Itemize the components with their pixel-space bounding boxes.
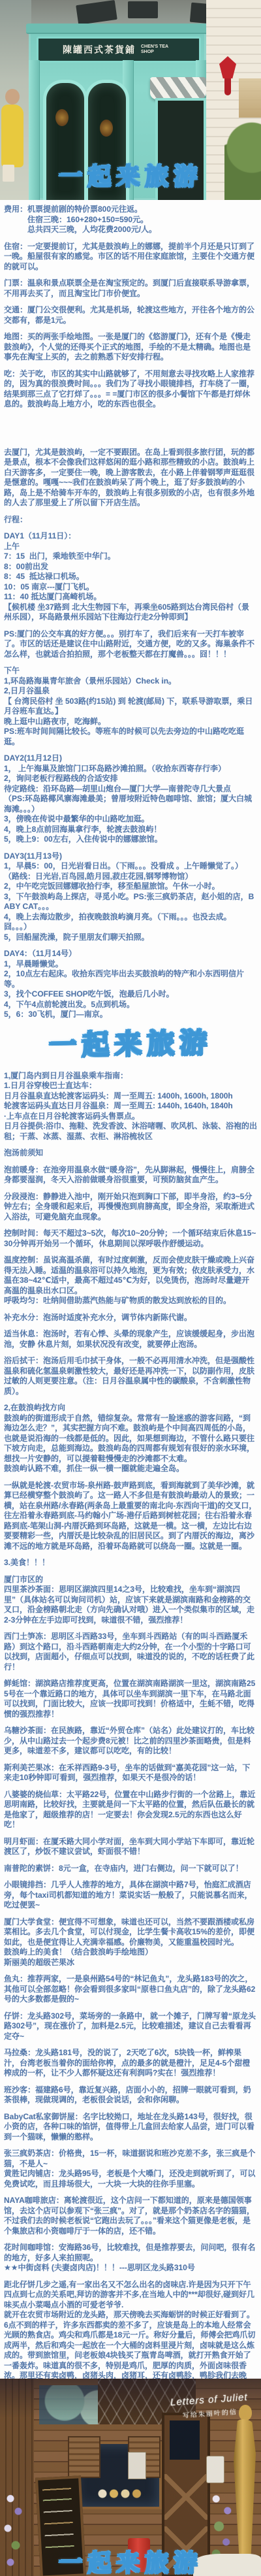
article-paragraph: 鱼丸：推荐两家，一是泉州路54号的“林记鱼丸”，龙头路183号的次之，其他可以全… — [4, 1974, 257, 2005]
article-paragraph: 2,在鼓浪屿找方向 鼓浪屿的街道形成于自然，错综复杂。常常有一脸迷惑的游客问路，… — [4, 1403, 257, 1474]
article-paragraph: BabyCat私家御饼屋：名字比较拗口，地址在龙头路143号，很好找，很小资的店… — [4, 2112, 257, 2143]
article-paragraph: 斯利美芒果冰：在禾祥西路9-3号，坐车的话做到“嘉美花园”这一站，下来走10秒钟… — [4, 1763, 257, 1783]
travel-badge: 一起来旅游 — [4, 1028, 258, 1060]
article-paragraph: 补充水分：泡汤时适度补充水分，调节体内新陈代谢。 — [4, 1313, 257, 1323]
air-conditioner — [76, 0, 117, 25]
shop-sign-chinese: 陳罐西式茶貨鋪 — [63, 43, 136, 56]
article-paragraph: 住宿：一定要提前订，尤其是鼓浪屿上的娜娜，提前半个月还是只订到了一晚。船屋很有家… — [4, 242, 257, 272]
tea-shop-photo: 陳罐西式茶貨鋪 CHEN'S TEA SHOP 一起来旅游 — [0, 0, 261, 200]
striped-awning — [150, 77, 206, 99]
article-paragraph: 西门土笋冻：思明区斗西路33号，坐车到斗西路站（有的叫斗西路厦禾路）到这个路口，… — [4, 1632, 257, 1672]
article-paragraph: 费用：机票提前剧的特价票800元往返。 住宿三晚：160+280+150=590… — [4, 205, 257, 235]
shopfront-cornice — [26, 24, 209, 34]
article-paragraph: 泡前暖身：在池旁用温泉水做“暖身浴”，先从脚淋起，慢慢往上，肩膀全身都要湿润，冬… — [4, 1165, 257, 1185]
article-paragraph: 张三疯奶茶店：价格贵，15一杯，味道据说和班沙克差不多，张三疯是个猫，不是人~ … — [4, 2149, 257, 2189]
article-paragraph: 1,厦门岛内到日月谷温泉乘车指南： 1.日月谷穿梭巴士直达车： 日月谷温泉直达轮… — [4, 1071, 257, 1142]
window-light — [55, 109, 69, 126]
article-paragraph: 仔饼：龙头路302号，菜场旁的一条路中，就一个摊子，门牌写着“原龙头路302号”… — [4, 2011, 257, 2042]
article-paragraph: 厦门市区的 四里茶沙茶面：思明区湖滨四里14之3号，比较难找，坐车到“湖滨四里”… — [4, 1575, 257, 1626]
article-paragraph: 分段浸泡：静静进入池中，刚开始只泡到胸口下部，即半身浴，约3~5分钟左右；全身暖… — [4, 1192, 257, 1223]
article-paragraph: 3.美食！！！ — [4, 1558, 257, 1568]
article-paragraph: NAYA咖啡旅店：离轮渡很近，这个店问一下都知道的，原来是德国领事馆，去这个店可… — [4, 2196, 257, 2236]
article-paragraph: 小眼镜排挡：几乎人人推荐的地方，具体在湖滨中路7号，怡庭汇成酒店旁，每个taxi… — [4, 1880, 257, 1911]
article-paragraph: 适当休息：泡汤时，若有心悸、头晕的现象产生，应该缓缓起身，步出泡池，安静 休息片… — [4, 1329, 257, 1349]
article-paragraph: 行程： — [4, 515, 257, 525]
passerby-yellow-coat — [1, 105, 23, 167]
travel-badge: 一起来旅游 — [0, 165, 261, 188]
travel-badge: 一起来旅游 — [0, 2551, 261, 2575]
article-paragraph: DAY4：（11月14号） 1，早晨睡懒觉。 2，10点左右起床。收拾东西完毕出… — [4, 949, 257, 1020]
air-conditioner — [128, 1, 158, 18]
article-paragraph: DAY3(11月13号) 1，早晨5：00，日光岩看日出。（下雨。。。没看成 。… — [4, 851, 257, 943]
article-paragraph: 门票：温泉和景点联票全是在淘宝预定的。到厦门后直接联系导游拿票，不用再去买了，而… — [4, 278, 257, 299]
door-cross-brace — [164, 2474, 207, 2520]
shop-sign-english: CHEN'S TEA SHOP — [141, 44, 175, 56]
blank-gap — [4, 416, 257, 448]
article-paragraph: 去厦门，尤其是鼓浪屿，一定不要跟团。在岛上看到很多旅行团，玩的都是景点，根本不会… — [4, 448, 257, 508]
article-paragraph: 班沙客：福建路6号，靠近复兴路，店面小小的，招牌一眼就可看到，奶茶很棒，现做现调… — [4, 2085, 257, 2105]
passerby-head — [5, 89, 20, 105]
article-paragraph: 鲜蚝馆：湖滨路店推荐度更高，位置在湖滨南路湖滨一里这，湖滨南路255号在一个靠近… — [4, 1679, 257, 1719]
article-paragraph: 温度控制：虽说高温杀菌，有时过度刺激，反而会使皮肤干燥或晚上兴奋得无法入睡。适温… — [4, 1255, 257, 1306]
article-paragraph: 明月虾面：在厦禾路大同小学对面，坐车到大同小学站下车即可，靠近轮渡区了，炒饭不建… — [4, 1837, 257, 1857]
red-lantern-tail — [224, 78, 231, 95]
window-light — [100, 120, 113, 137]
article-paragraph: DAY1（11月11日）： 上午 7：15 出门，乘地铁至中华门。 8：00前出… — [4, 531, 257, 623]
counter-jars — [98, 2488, 144, 2499]
door-window — [170, 2420, 200, 2460]
article-paragraph: 泡汤前须知 — [4, 1148, 257, 1159]
article-paragraph: 地图：买的两张手绘地图。一张是厦门的《悠游厦门》，还有个是《慢走鼓浪屿》，个人觉… — [4, 332, 257, 363]
menu-card — [128, 2452, 146, 2479]
article-paragraph: DAY2(11月12日) 1， 上午海巢及旅馆门口环岛路沙滩拍照。（收拾东西寄存… — [4, 753, 257, 845]
article-paragraph: 乌糖沙茶面：在民族路，靠近“外贸仓库”（站名）此处建议打的，车比较少，从中山路过… — [4, 1726, 257, 1757]
article-paragraph: 下午 1,环岛路海巢青年旅舍（景州乐园站）Check in。 2,日月谷温泉 【… — [4, 666, 257, 747]
article-paragraph: 控制时间：每天不超过3~5次，每次10~20分钟；一个循环结束后休息15~30分… — [4, 1229, 257, 1249]
article-body: 费用：机票提前剧的特价票800元往返。 住宿三晚：160+280+150=590… — [0, 200, 261, 2379]
article-paragraph: PS:厦门的公交车真的好方便。。。别打车了，我们后来有一天打车被宰了。市区的话还… — [4, 629, 257, 660]
white-mailbox — [206, 2456, 224, 2483]
window-shutter-left — [68, 2436, 100, 2478]
article-paragraph: 一纵就是轮渡-农贸市场-泉州路-鼓声路到底，看到海就到了美华沙滩，就算已经横穿整… — [4, 1481, 257, 1552]
article-paragraph: 花时间咖啡馆：安海路36号，比较难找，但是推荐要去，问问吧，很有名的地方，好多人… — [4, 2243, 257, 2273]
article-paragraph: 吃：关于吃，市区的其实中山路就够了，不用刻意去寻找攻略上人家推荐的，因为真的很浪… — [4, 369, 257, 410]
article-paragraph: 浴后拭干：泡汤后用毛巾拭干身体，一般不必再用清水冲洗，但是强酸性温泉和硫化氢温泉… — [4, 1356, 257, 1396]
weibo-long-image-post: 陳罐西式茶貨鋪 CHEN'S TEA SHOP 一起来旅游 费用：机票提前剧的特… — [0, 0, 261, 2576]
golden-statue — [230, 2405, 260, 2576]
article-paragraph: 距北仔饼几步之遥,有一家出名又不怎么出名的卤味店.许是因为只开下午四点到七点的关… — [4, 2280, 257, 2379]
shop-sign: 陳罐西式茶貨鋪 CHEN'S TEA SHOP — [37, 37, 201, 63]
article-paragraph: 厦门大学食堂：便宜得不可想象，味道也还可以，当然不要跟酒楼或私房菜相比。多去几个… — [4, 1917, 257, 1968]
article-paragraph: 八婆婆的烧仙草：太平路22号，位置在中山路步行街的一个岔路上，靠近思明南路，比较… — [4, 1790, 257, 1830]
juliet-cafe-photo: Letters of Juliet 写给朱丽叶的信 一起来旅游 — [0, 2379, 261, 2576]
article-paragraph: 南普陀的素饼：8元一盒，在寺庙内，进门右侧边，问一下就可以了！ — [4, 1864, 257, 1874]
article-paragraph: 马拉桑：龙头路181号，没的说了，2天吃了6次，5块钱一杯，鲜榨果汁，台湾老板当… — [4, 2048, 257, 2079]
article-paragraph: 交通：厦门公交很便利。尤其是机场，轮渡这些地方，开往各个地方的公交都有，都是1元… — [4, 305, 257, 325]
